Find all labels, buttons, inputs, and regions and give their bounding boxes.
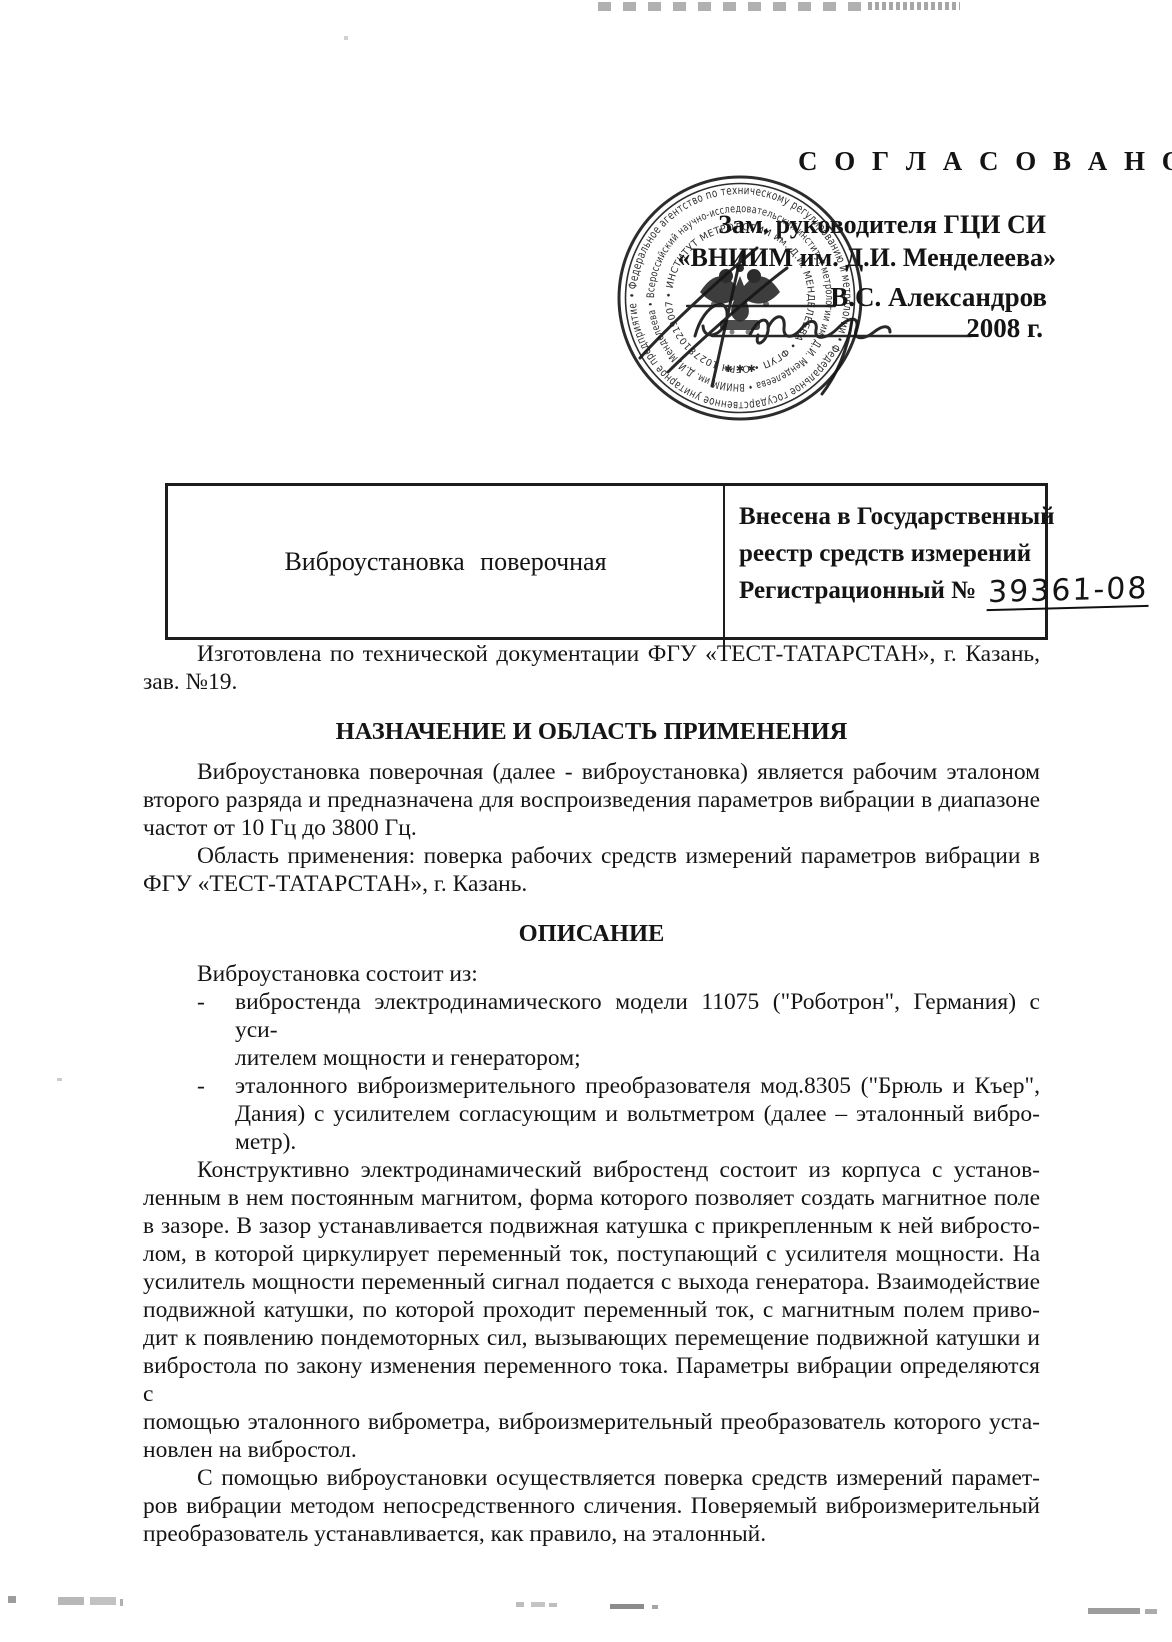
bullet-marker: -: [197, 1072, 205, 1100]
text-line: ров вибрации методом непосредственного с…: [143, 1492, 1040, 1520]
text-line: зав. №19.: [143, 668, 1040, 696]
paragraph: Виброустановка поверочная (далее - вибро…: [143, 758, 1040, 842]
scan-artifact: [8, 1596, 16, 1603]
text-line: новлен на вибростол.: [143, 1436, 1040, 1464]
text-line: преобразователь устанавливается, как пра…: [143, 1520, 1040, 1548]
text-line: Область применения: поверка рабочих сред…: [143, 842, 1040, 870]
text-line: дит к появлению пондемоторных сил, вызыв…: [143, 1324, 1040, 1352]
paragraph: Область применения: поверка рабочих сред…: [143, 842, 1040, 898]
text-line: в зазоре. В зазор устанавливается подвиж…: [143, 1212, 1040, 1240]
registry-number-line: Регистрационный № 39361-08: [739, 572, 1058, 609]
scan-artifact: [90, 1597, 116, 1605]
section-heading: НАЗНАЧЕНИЕ И ОБЛАСТЬ ПРИМЕНЕНИЯ: [143, 718, 1040, 746]
list-item: -эталонного виброизмерительного преобраз…: [143, 1072, 1040, 1156]
text-line: лителем мощности и генератором;: [235, 1044, 1040, 1072]
text-line: Виброустановка состоит из:: [143, 960, 1040, 988]
registry-line: Внесена в Государственный: [739, 498, 1058, 535]
text-line: усилитель мощности переменный сигнал под…: [143, 1268, 1040, 1296]
bullet-marker: -: [197, 988, 205, 1016]
text-line: второго разряда и предназначена для восп…: [143, 786, 1040, 814]
text-line: эталонного виброизмерительного преобразо…: [235, 1072, 1040, 1100]
registry-line: реестр средств измерений: [739, 535, 1058, 572]
registry-number-label: Регистрационный №: [739, 577, 976, 604]
text-line: вибростенда электродинамического модели …: [235, 988, 1040, 1044]
scan-artifact: [57, 1078, 62, 1081]
handwritten-registry-number: 39361-08: [986, 574, 1149, 611]
scan-artifact: [1145, 1609, 1157, 1614]
scan-artifact: [549, 1603, 557, 1607]
text-line: ленным в нем постоянным магнитом, форма …: [143, 1184, 1040, 1212]
scan-artifact: [531, 1602, 545, 1607]
text-line: Конструктивно электродинамический виброс…: [143, 1156, 1040, 1184]
text-line: метр).: [235, 1128, 1040, 1156]
text-line: ФГУ «ТЕСТ-ТАТАРСТАН», г. Казань.: [143, 870, 1040, 898]
text-line: подвижной катушки, по которой проходит п…: [143, 1296, 1040, 1324]
scanned-document-page: С О Г Л А С О В А Н О Зам. руководителя …: [0, 0, 1172, 1642]
scan-artifact: [1088, 1608, 1140, 1614]
text-line: С помощью виброустановки осуществляется …: [143, 1464, 1040, 1492]
device-name-cell: Виброустановка поверочная: [168, 486, 723, 637]
text-line: Изготовлена по технической документации …: [143, 640, 1040, 668]
title-table: Виброустановка поверочная Внесена в Госу…: [165, 483, 1048, 640]
cutoff-header-artifact: [598, 2, 866, 11]
text-line: вибростола по закону изменения переменно…: [143, 1352, 1040, 1408]
scan-artifact: [344, 36, 348, 40]
scan-artifact: [58, 1597, 84, 1605]
text-line: лом, в которой циркулирует переменный то…: [143, 1240, 1040, 1268]
handwritten-signature: [600, 240, 1000, 415]
scan-artifact: [652, 1605, 658, 1609]
paragraph: Виброустановка состоит из:: [143, 960, 1040, 988]
section-heading: ОПИСАНИЕ: [143, 920, 1040, 948]
scan-artifact: [516, 1602, 524, 1607]
list-item: -вибростенда электродинамического модели…: [143, 988, 1040, 1072]
paragraph: Изготовлена по технической документации …: [143, 640, 1040, 696]
text-line: помощью эталонного виброметра, виброизме…: [143, 1408, 1040, 1436]
scan-artifact: [610, 1604, 644, 1609]
device-name: Виброустановка поверочная: [284, 547, 606, 577]
registry-cell: Внесена в Государственный реестр средств…: [723, 486, 1058, 649]
scan-artifact: [120, 1599, 123, 1606]
text-line: Дания) с усилителем согласующим и вольтм…: [235, 1100, 1040, 1128]
text-line: частот от 10 Гц до 3800 Гц.: [143, 814, 1040, 842]
document-body: Изготовлена по технической документации …: [143, 640, 1040, 1548]
paragraph: Конструктивно электродинамический виброс…: [143, 1156, 1040, 1464]
paragraph: С помощью виброустановки осуществляется …: [143, 1464, 1040, 1548]
cutoff-header-artifact: [868, 2, 960, 10]
text-line: Виброустановка поверочная (далее - вибро…: [143, 758, 1040, 786]
